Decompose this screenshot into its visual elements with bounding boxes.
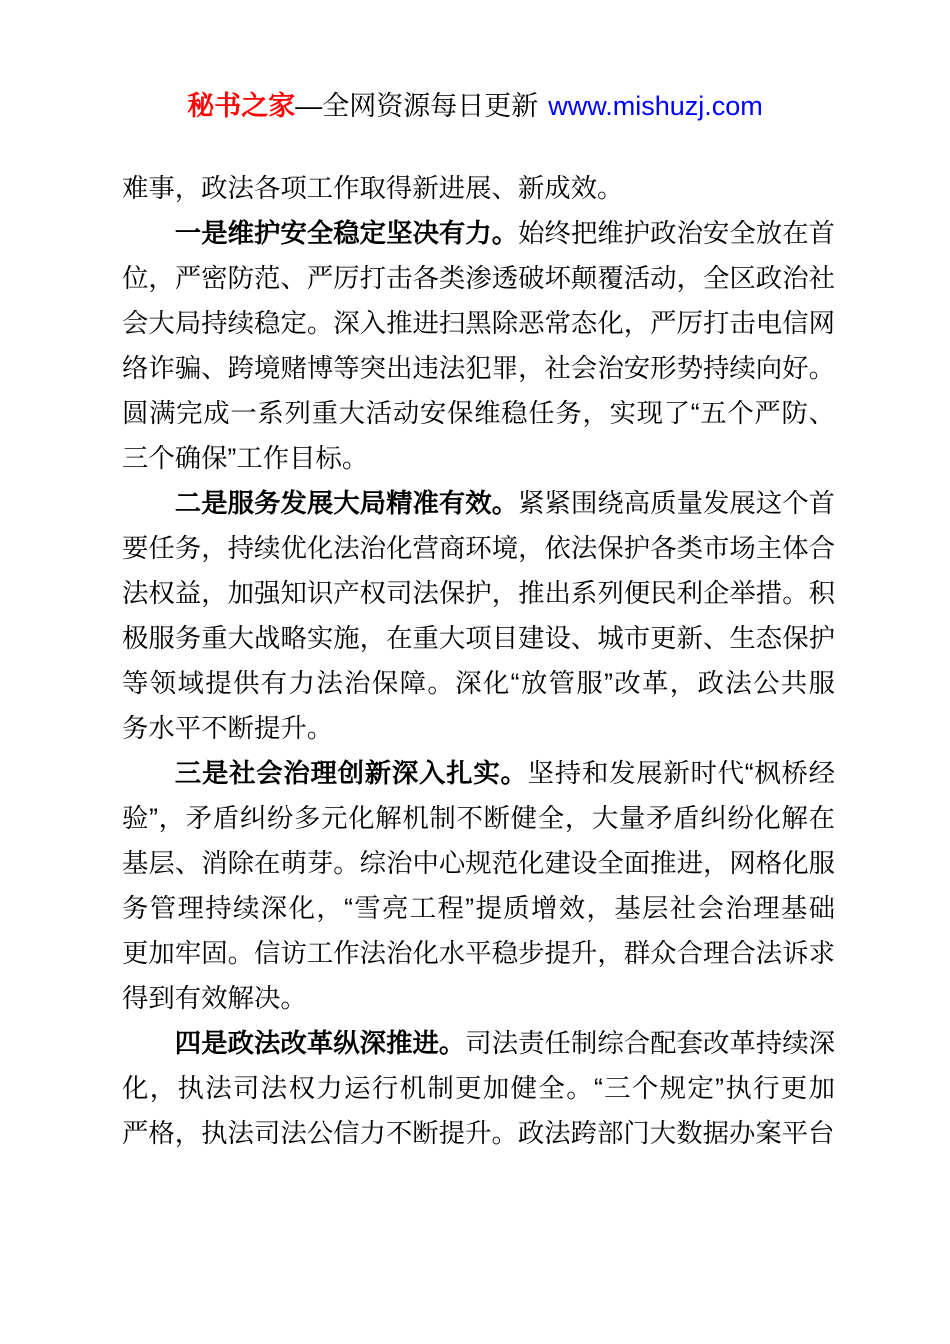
paragraph-lead: 二是服务发展大局精准有效。 — [175, 488, 518, 518]
paragraph-lead: 四是政法改革纵深推进。 — [175, 1028, 466, 1058]
document-body: 难事，政法各项工作取得新进展、新成效。一是维护安全稳定坚决有力。始终把维护政治安… — [122, 166, 835, 1156]
text-line: 更加牢固。信访工作法治化水平稳步提升，群众合理合法诉求 — [122, 931, 835, 976]
document-page: 秘书之家—全网资源每日更新www.mishuzj.com 难事，政法各项工作取得… — [0, 0, 950, 1344]
text-line: 务管理持续深化，“雪亮工程”提质增效，基层社会治理基础 — [122, 886, 835, 931]
text-line: 三是社会治理创新深入扎实。坚持和发展新时代“枫桥经 — [122, 751, 835, 796]
text-line: 圆满完成一系列重大活动安保维稳任务，实现了“五个严防、 — [122, 391, 835, 436]
text-line: 三个确保”工作目标。 — [122, 436, 835, 481]
text-line: 等领域提供有力法治保障。深化“放管服”改革，政法公共服 — [122, 661, 835, 706]
paragraph-lead: 一是维护安全稳定坚决有力。 — [175, 218, 518, 248]
text-line: 难事，政法各项工作取得新进展、新成效。 — [122, 166, 835, 211]
text-line: 严格，执法司法公信力不断提升。政法跨部门大数据办案平台 — [122, 1111, 835, 1156]
site-url-link[interactable]: www.mishuzj.com — [548, 91, 763, 121]
text-line: 务水平不断提升。 — [122, 706, 835, 751]
text-line: 四是政法改革纵深推进。司法责任制综合配套改革持续深 — [122, 1021, 835, 1066]
site-tagline: 全网资源每日更新 — [322, 91, 538, 121]
text-line: 络诈骗、跨境赌博等突出违法犯罪，社会治安形势持续向好。 — [122, 346, 835, 391]
site-header: 秘书之家—全网资源每日更新www.mishuzj.com — [0, 86, 950, 126]
paragraph-lead: 三是社会治理创新深入扎实。 — [175, 758, 528, 788]
text-line: 得到有效解决。 — [122, 976, 835, 1021]
text-line: 位，严密防范、严厉打击各类渗透破坏颠覆活动，全区政治社 — [122, 256, 835, 301]
header-dash: — — [295, 91, 322, 121]
text-line: 二是服务发展大局精准有效。紧紧围绕高质量发展这个首 — [122, 481, 835, 526]
text-line: 法权益，加强知识产权司法保护，推出系列便民利企举措。积 — [122, 571, 835, 616]
text-line: 极服务重大战略实施，在重大项目建设、城市更新、生态保护 — [122, 616, 835, 661]
text-line: 基层、消除在萌芽。综治中心规范化建设全面推进，网格化服 — [122, 841, 835, 886]
text-line: 要任务，持续优化法治化营商环境，依法保护各类市场主体合 — [122, 526, 835, 571]
text-line: 化，执法司法权力运行机制更加健全。“三个规定”执行更加 — [122, 1066, 835, 1111]
text-line: 验”，矛盾纠纷多元化解机制不断健全，大量矛盾纠纷化解在 — [122, 796, 835, 841]
text-line: 一是维护安全稳定坚决有力。始终把维护政治安全放在首 — [122, 211, 835, 256]
text-line: 会大局持续稳定。深入推进扫黑除恶常态化，严厉打击电信网 — [122, 301, 835, 346]
site-brand: 秘书之家 — [187, 91, 295, 121]
